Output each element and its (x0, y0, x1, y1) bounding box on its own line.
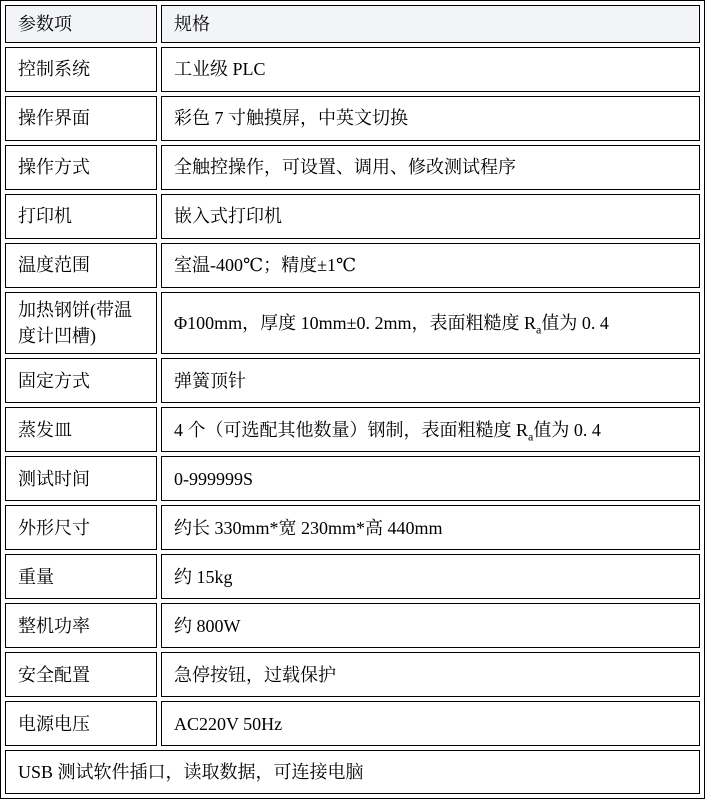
table-row: 整机功率约 800W (5, 603, 700, 648)
param-label: 控制系统 (5, 47, 157, 92)
spec-value: 急停按钮，过载保护 (161, 652, 700, 697)
param-label: 操作方式 (5, 145, 157, 190)
usb-note: USB 测试软件插口，读取数据，可连接电脑 (5, 750, 700, 794)
param-label: 重量 (5, 554, 157, 599)
spec-value: 0-999999S (161, 456, 700, 501)
param-label: 电源电压 (5, 701, 157, 746)
spec-column-header: 规格 (161, 5, 700, 43)
param-label: 外形尺寸 (5, 505, 157, 550)
spec-table: 参数项 规格 控制系统工业级 PLC操作界面彩色 7 寸触摸屏，中英文切换操作方… (0, 0, 705, 799)
param-label: 整机功率 (5, 603, 157, 648)
table-row: 操作方式全触控操作，可设置、调用、修改测试程序 (5, 145, 700, 190)
param-label: 安全配置 (5, 652, 157, 697)
table-row: 安全配置急停按钮，过载保护 (5, 652, 700, 697)
spec-value: 4 个（可选配其他数量）钢制，表面粗糙度 Ra值为 0. 4 (161, 407, 700, 452)
spec-value: 约 800W (161, 603, 700, 648)
table-row: 打印机嵌入式打印机 (5, 194, 700, 239)
spec-value: 全触控操作，可设置、调用、修改测试程序 (161, 145, 700, 190)
header-row: 参数项 规格 (5, 5, 700, 43)
spec-value: 约 15kg (161, 554, 700, 599)
table-row: 电源电压AC220V 50Hz (5, 701, 700, 746)
table-row: 外形尺寸约长 330mm*宽 230mm*高 440mm (5, 505, 700, 550)
subscript-text: a (536, 323, 541, 337)
spec-sheet-page: 参数项 规格 控制系统工业级 PLC操作界面彩色 7 寸触摸屏，中英文切换操作方… (0, 0, 705, 812)
spec-value: 约长 330mm*宽 230mm*高 440mm (161, 505, 700, 550)
subscript-text: a (528, 429, 533, 443)
param-label: 加热钢饼(带温度计凹槽) (5, 292, 157, 354)
spec-table-body: 控制系统工业级 PLC操作界面彩色 7 寸触摸屏，中英文切换操作方式全触控操作，… (5, 47, 700, 746)
table-row: 重量约 15kg (5, 554, 700, 599)
table-row: 温度范围室温-400℃；精度±1℃ (5, 243, 700, 288)
spec-value: 彩色 7 寸触摸屏，中英文切换 (161, 96, 700, 141)
table-row: 测试时间0-999999S (5, 456, 700, 501)
table-row: 操作界面彩色 7 寸触摸屏，中英文切换 (5, 96, 700, 141)
param-label: 温度范围 (5, 243, 157, 288)
param-label: 固定方式 (5, 358, 157, 403)
spec-value: 工业级 PLC (161, 47, 700, 92)
param-column-header: 参数项 (5, 5, 157, 43)
spec-value: 嵌入式打印机 (161, 194, 700, 239)
table-row: 固定方式弹簧顶针 (5, 358, 700, 403)
spec-value: AC220V 50Hz (161, 701, 700, 746)
table-row: 加热钢饼(带温度计凹槽)Φ100mm，厚度 10mm±0. 2mm，表面粗糙度 … (5, 292, 700, 354)
spec-value: Φ100mm，厚度 10mm±0. 2mm，表面粗糙度 Ra值为 0. 4 (161, 292, 700, 354)
spec-value: 弹簧顶针 (161, 358, 700, 403)
table-row: 控制系统工业级 PLC (5, 47, 700, 92)
param-label: 打印机 (5, 194, 157, 239)
footer-row: USB 测试软件插口，读取数据，可连接电脑 (5, 750, 700, 794)
param-label: 操作界面 (5, 96, 157, 141)
spec-value: 室温-400℃；精度±1℃ (161, 243, 700, 288)
table-row: 蒸发皿4 个（可选配其他数量）钢制，表面粗糙度 Ra值为 0. 4 (5, 407, 700, 452)
param-label: 测试时间 (5, 456, 157, 501)
param-label: 蒸发皿 (5, 407, 157, 452)
